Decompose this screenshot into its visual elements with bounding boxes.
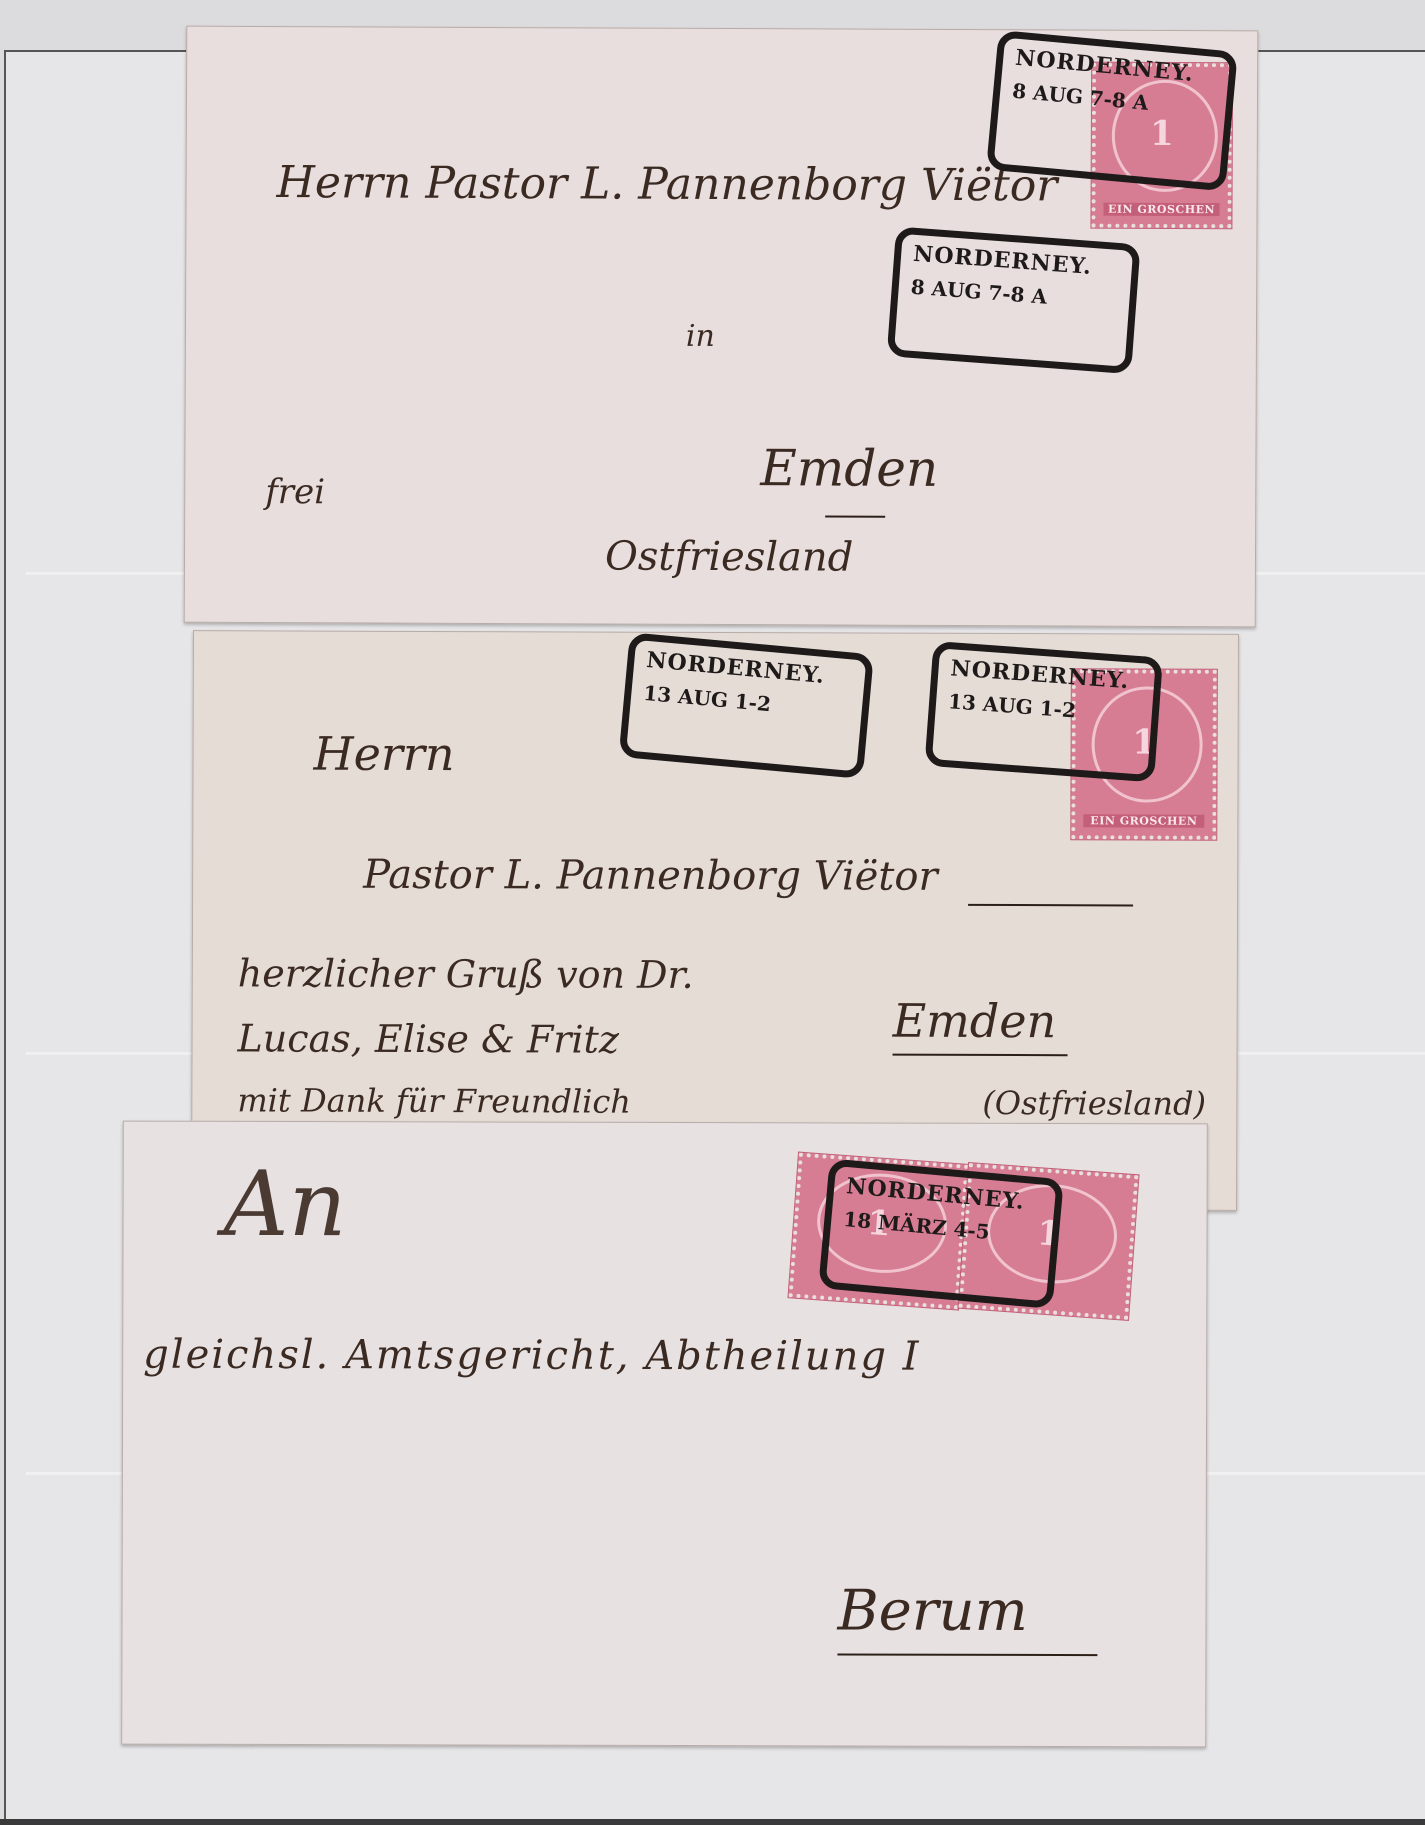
message-line: mit Dank für Freundlich: [237, 1081, 631, 1120]
cover-1: Herrn Pastor L. Pannenborg Viëtor in Emd…: [184, 26, 1259, 628]
message-line: herzlicher Gruß von Dr.: [238, 951, 694, 997]
underline: [837, 1653, 1097, 1656]
address-city: Berum: [837, 1578, 1027, 1643]
underline: [825, 515, 885, 517]
cancel-date: 13 AUG 1-2: [947, 689, 1140, 727]
cancel-postmark: NORDERNEY. 8 AUG 7-8 A: [887, 226, 1141, 374]
address-line-an: An: [223, 1152, 346, 1257]
underline: [968, 904, 1133, 907]
cancel-postmark: NORDERNEY. 13 AUG 1-2: [619, 632, 874, 779]
cancel-town: NORDERNEY.: [912, 241, 1120, 282]
note-frei: frei: [265, 472, 325, 512]
address-region: Ostfriesland: [605, 533, 854, 580]
message-line: Lucas, Elise & Fritz: [238, 1016, 619, 1061]
cancel-postmark: NORDERNEY. 13 AUG 1-2: [924, 641, 1163, 783]
address-city: Emden: [893, 994, 1057, 1049]
address-line: Pastor L. Pannenborg Viëtor: [363, 852, 938, 900]
address-region: (Ostfriesland): [982, 1084, 1206, 1123]
cancel-town: NORDERNEY.: [950, 655, 1143, 695]
address-line: gleichsl. Amtsgericht, Abtheilung I: [143, 1332, 920, 1380]
address-city: Emden: [760, 439, 938, 498]
cover-3: An gleichsl. Amtsgericht, Abtheilung I B…: [121, 1121, 1208, 1748]
underline: [893, 1054, 1068, 1057]
cancel-postmark: NORDERNEY. 8 AUG 7-8 A: [986, 30, 1238, 191]
page-frame-bottom: [0, 1819, 1425, 1825]
stamp-label: EIN GROSCHEN: [1084, 814, 1205, 827]
address-line: Herrn Pastor L. Pannenborg Viëtor: [277, 157, 1058, 211]
cancel-date: 8 AUG 7-8 A: [910, 275, 1118, 314]
address-line: Herrn: [313, 727, 454, 781]
address-line: in: [686, 319, 715, 354]
cancel-postmark: NORDERNEY. 18 MÄRZ 4-5: [818, 1158, 1064, 1309]
stamp-label: EIN GROSCHEN: [1103, 203, 1219, 217]
